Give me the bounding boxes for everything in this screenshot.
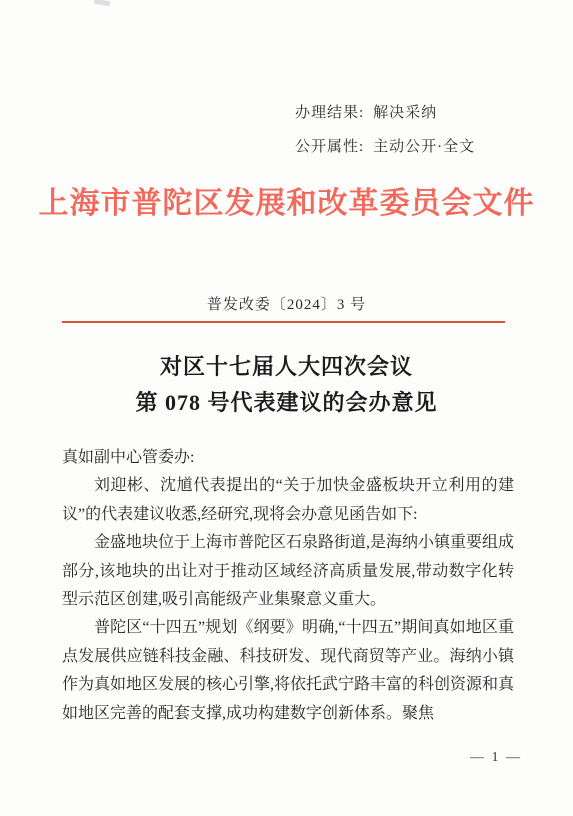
document-body: 真如副中心管委办: 刘迎彬、沈馗代表提出的“关于加快金盛板块开立利用的建议”的代… bbox=[62, 444, 514, 728]
document-page: 办理结果:解决采纳 公开属性:主动公开·全文 上海市普陀区发展和改革委员会文件 … bbox=[0, 0, 573, 816]
document-number: 普发改委〔2024〕3 号 bbox=[0, 293, 573, 314]
salutation: 真如副中心管委办: bbox=[62, 444, 514, 472]
body-paragraph-3: 普陀区“十四五”规划《纲要》明确,“十四五”期间真如地区重点发展供应链科技金融、… bbox=[62, 614, 514, 728]
body-paragraph-2: 金盛地块位于上海市普陀区石泉路街道,是海纳小镇重要组成部分,该地块的出让对于推动… bbox=[62, 529, 514, 614]
document-title-line-2: 第 078 号代表建议的会办意见 bbox=[0, 385, 573, 421]
document-title-line-1: 对区十七届人大四次会议 bbox=[0, 349, 573, 385]
handling-result-row: 办理结果:解决采纳 bbox=[295, 96, 475, 130]
handling-result-value: 解决采纳 bbox=[373, 105, 437, 121]
handling-result-label: 办理结果: bbox=[295, 105, 364, 121]
document-title: 对区十七届人大四次会议 第 078 号代表建议的会办意见 bbox=[0, 349, 573, 421]
publicity-attribute-label: 公开属性: bbox=[295, 139, 364, 155]
red-divider-line bbox=[62, 321, 505, 323]
meta-block: 办理结果:解决采纳 公开属性:主动公开·全文 bbox=[295, 96, 475, 164]
agency-banner: 上海市普陀区发展和改革委员会文件 bbox=[0, 178, 573, 222]
publicity-attribute-row: 公开属性:主动公开·全文 bbox=[295, 130, 475, 164]
scan-artifact bbox=[94, 0, 111, 6]
publicity-attribute-value: 主动公开·全文 bbox=[373, 139, 475, 155]
body-paragraph-1: 刘迎彬、沈馗代表提出的“关于加快金盛板块开立利用的建议”的代表建议收悉,经研究,… bbox=[62, 472, 514, 529]
page-number: — 1 — bbox=[470, 750, 522, 766]
